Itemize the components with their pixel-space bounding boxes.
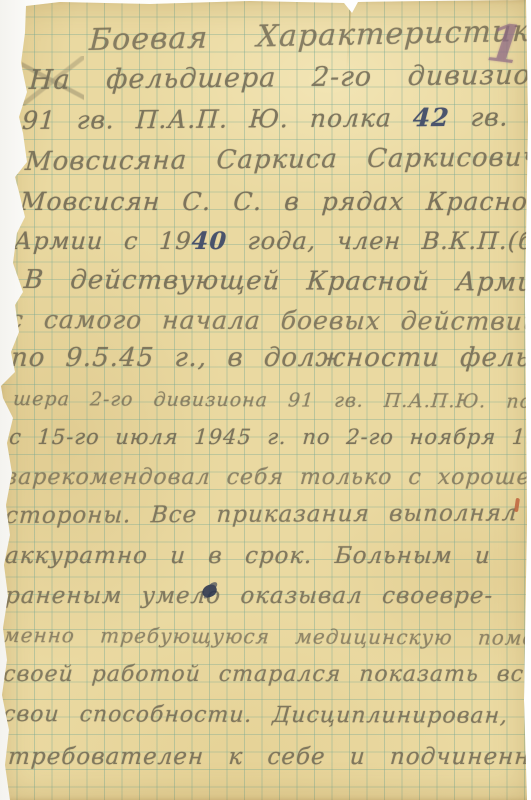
handwriting-line: своей работой старался показать все — [2, 663, 531, 687]
page-number-stamp: 1 — [483, 12, 526, 77]
handwriting-line: аккуратно и в срок. Больным и — [4, 544, 491, 569]
handwriting-line: свои способности. Дисциплинирован, — [2, 703, 509, 729]
handwriting-line: зарекомендовал себя только с хорошей — [4, 466, 531, 490]
handwriting-line-name: Мовсисяна Саркиса Саркисовича. — [24, 143, 531, 176]
paper-sheet: Боевая Характеристика. На фельдшера 2-го… — [0, 0, 531, 800]
line-text-pre: 91 гв. П.А.П. Ю. полка — [21, 103, 414, 135]
handwriting-line: Мовсисян С. С. в рядах Красной — [19, 188, 531, 216]
handwriting-line: требователен к себе и подчиненным. — [7, 745, 531, 770]
handwriting-line: шера 2-го дивизиона 91 гв. П.А.П.Ю. полк… — [12, 389, 531, 413]
handwriting-line: по 9.5.45 г., в должности фельд- — [10, 344, 531, 373]
handwriting-line: менно требующуюся медицинскую помощь — [2, 624, 531, 649]
document-title: Боевая Характеристика. — [88, 14, 531, 57]
handwriting-line: стороны. Все приказания выполнял — [4, 501, 518, 529]
ink-overwrite-number: 42 — [412, 103, 451, 132]
handwriting-line-year: Армии с 1940 года, член В.К.П.(б) — [13, 228, 531, 254]
handwriting-line: В действующей Красной Армии — [23, 266, 531, 297]
line-text-pre: Армии с 19 — [13, 227, 193, 255]
ink-overwrite-year: 40 — [191, 226, 228, 255]
handwriting-line-dates: с 15-го июля 1945 г. по 2-го ноября 1945… — [8, 426, 531, 449]
handwriting-line-unit: 91 гв. П.А.П. Ю. полка 42 гв. с.д. — [21, 103, 531, 134]
handwriting-line: раненым умело оказывал своевре- — [4, 584, 494, 609]
handwriting-line-recipient: На фельдшера 2-го дивизиона — [28, 60, 531, 95]
line-text-post: года, член В.К.П.(б) — [226, 227, 531, 255]
handwriting-line: с самого начала боевых действий — [8, 306, 531, 335]
line-text-post: гв. с.д. — [449, 102, 531, 132]
red-pencil-mark — [514, 498, 520, 512]
